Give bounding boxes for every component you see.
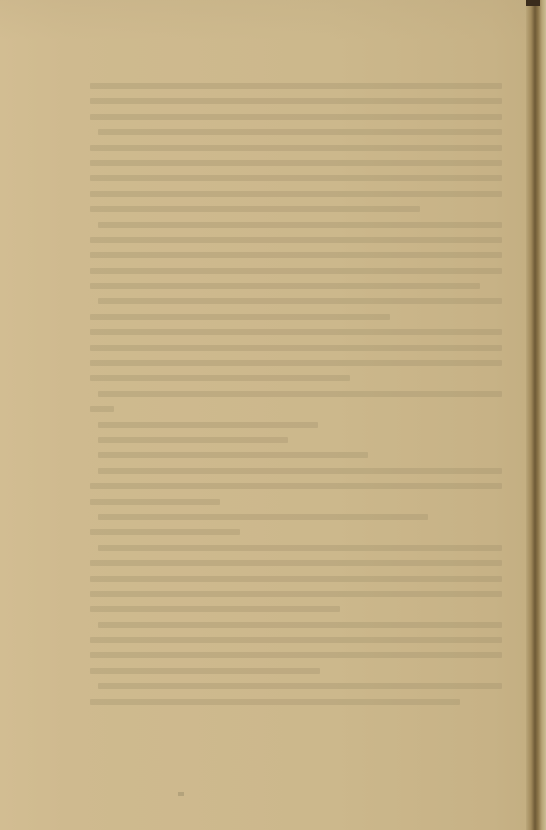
text-line-ink bbox=[98, 422, 318, 428]
text-line-ink bbox=[98, 129, 502, 135]
text-line bbox=[90, 632, 502, 647]
text-line bbox=[90, 509, 502, 524]
text-line bbox=[90, 586, 502, 601]
text-line-ink bbox=[90, 314, 390, 320]
body-text bbox=[90, 78, 502, 709]
text-line bbox=[90, 155, 502, 170]
text-line bbox=[90, 263, 502, 278]
text-line-ink bbox=[90, 483, 502, 489]
text-line bbox=[90, 186, 502, 201]
text-line bbox=[90, 678, 502, 693]
text-line-ink bbox=[98, 222, 502, 228]
text-line bbox=[90, 571, 502, 586]
text-line-ink bbox=[90, 160, 502, 166]
text-line-ink bbox=[90, 591, 502, 597]
text-line-ink bbox=[90, 360, 502, 366]
text-line bbox=[90, 663, 502, 678]
text-line-ink bbox=[98, 452, 368, 458]
text-line bbox=[90, 540, 502, 555]
text-line-ink bbox=[98, 468, 502, 474]
text-line bbox=[90, 109, 502, 124]
text-line bbox=[90, 386, 502, 401]
text-line-ink bbox=[90, 560, 502, 566]
text-line bbox=[90, 78, 502, 93]
text-line bbox=[90, 93, 502, 108]
text-line bbox=[90, 201, 502, 216]
text-line-ink bbox=[98, 298, 502, 304]
text-line-ink bbox=[90, 529, 240, 535]
page-shadow bbox=[0, 0, 546, 40]
text-line-ink bbox=[90, 699, 460, 705]
text-line-ink bbox=[90, 406, 114, 412]
text-line-ink bbox=[98, 622, 502, 628]
text-line-ink bbox=[90, 606, 340, 612]
text-line-ink bbox=[98, 683, 502, 689]
text-line bbox=[90, 524, 502, 539]
text-line-ink bbox=[90, 145, 502, 151]
text-line bbox=[90, 355, 502, 370]
text-line bbox=[90, 324, 502, 339]
text-line-ink bbox=[98, 391, 502, 397]
text-line-ink bbox=[90, 191, 502, 197]
text-line bbox=[90, 478, 502, 493]
text-line bbox=[90, 647, 502, 662]
text-line bbox=[90, 232, 502, 247]
text-line-ink bbox=[98, 437, 288, 443]
book-binding bbox=[526, 0, 546, 830]
text-line bbox=[90, 601, 502, 616]
text-line-ink bbox=[90, 652, 502, 658]
text-line bbox=[90, 447, 502, 462]
text-line bbox=[90, 217, 502, 232]
text-line bbox=[90, 463, 502, 478]
text-line bbox=[90, 401, 502, 416]
text-line-ink bbox=[90, 329, 502, 335]
running-head bbox=[88, 48, 498, 66]
text-line bbox=[90, 694, 502, 709]
text-line bbox=[90, 370, 502, 385]
text-line bbox=[90, 293, 502, 308]
text-line-ink bbox=[90, 499, 220, 505]
scanned-page bbox=[0, 0, 546, 830]
text-line-ink bbox=[90, 237, 502, 243]
text-line bbox=[90, 555, 502, 570]
text-line-ink bbox=[90, 98, 502, 104]
text-line bbox=[90, 340, 502, 355]
text-line bbox=[90, 494, 502, 509]
text-line-ink bbox=[90, 375, 350, 381]
text-line-ink bbox=[90, 252, 502, 258]
text-line bbox=[90, 309, 502, 324]
text-line bbox=[90, 247, 502, 262]
text-line-ink bbox=[90, 345, 502, 351]
text-line-ink bbox=[90, 83, 502, 89]
text-line bbox=[90, 617, 502, 632]
binding-edge bbox=[526, 0, 540, 6]
text-line-ink bbox=[90, 206, 420, 212]
text-line-ink bbox=[90, 637, 502, 643]
text-line-ink bbox=[90, 576, 502, 582]
text-line-ink bbox=[98, 514, 428, 520]
text-line-ink bbox=[90, 175, 502, 181]
text-line-ink bbox=[90, 668, 320, 674]
text-line bbox=[90, 278, 502, 293]
text-line-ink bbox=[90, 268, 502, 274]
text-line-ink bbox=[98, 545, 502, 551]
text-line-ink bbox=[90, 283, 480, 289]
text-line bbox=[90, 417, 502, 432]
text-line-ink bbox=[90, 114, 502, 120]
text-line bbox=[90, 170, 502, 185]
text-line bbox=[90, 124, 502, 139]
text-line bbox=[90, 140, 502, 155]
page-mark bbox=[178, 792, 184, 796]
text-line bbox=[90, 432, 502, 447]
